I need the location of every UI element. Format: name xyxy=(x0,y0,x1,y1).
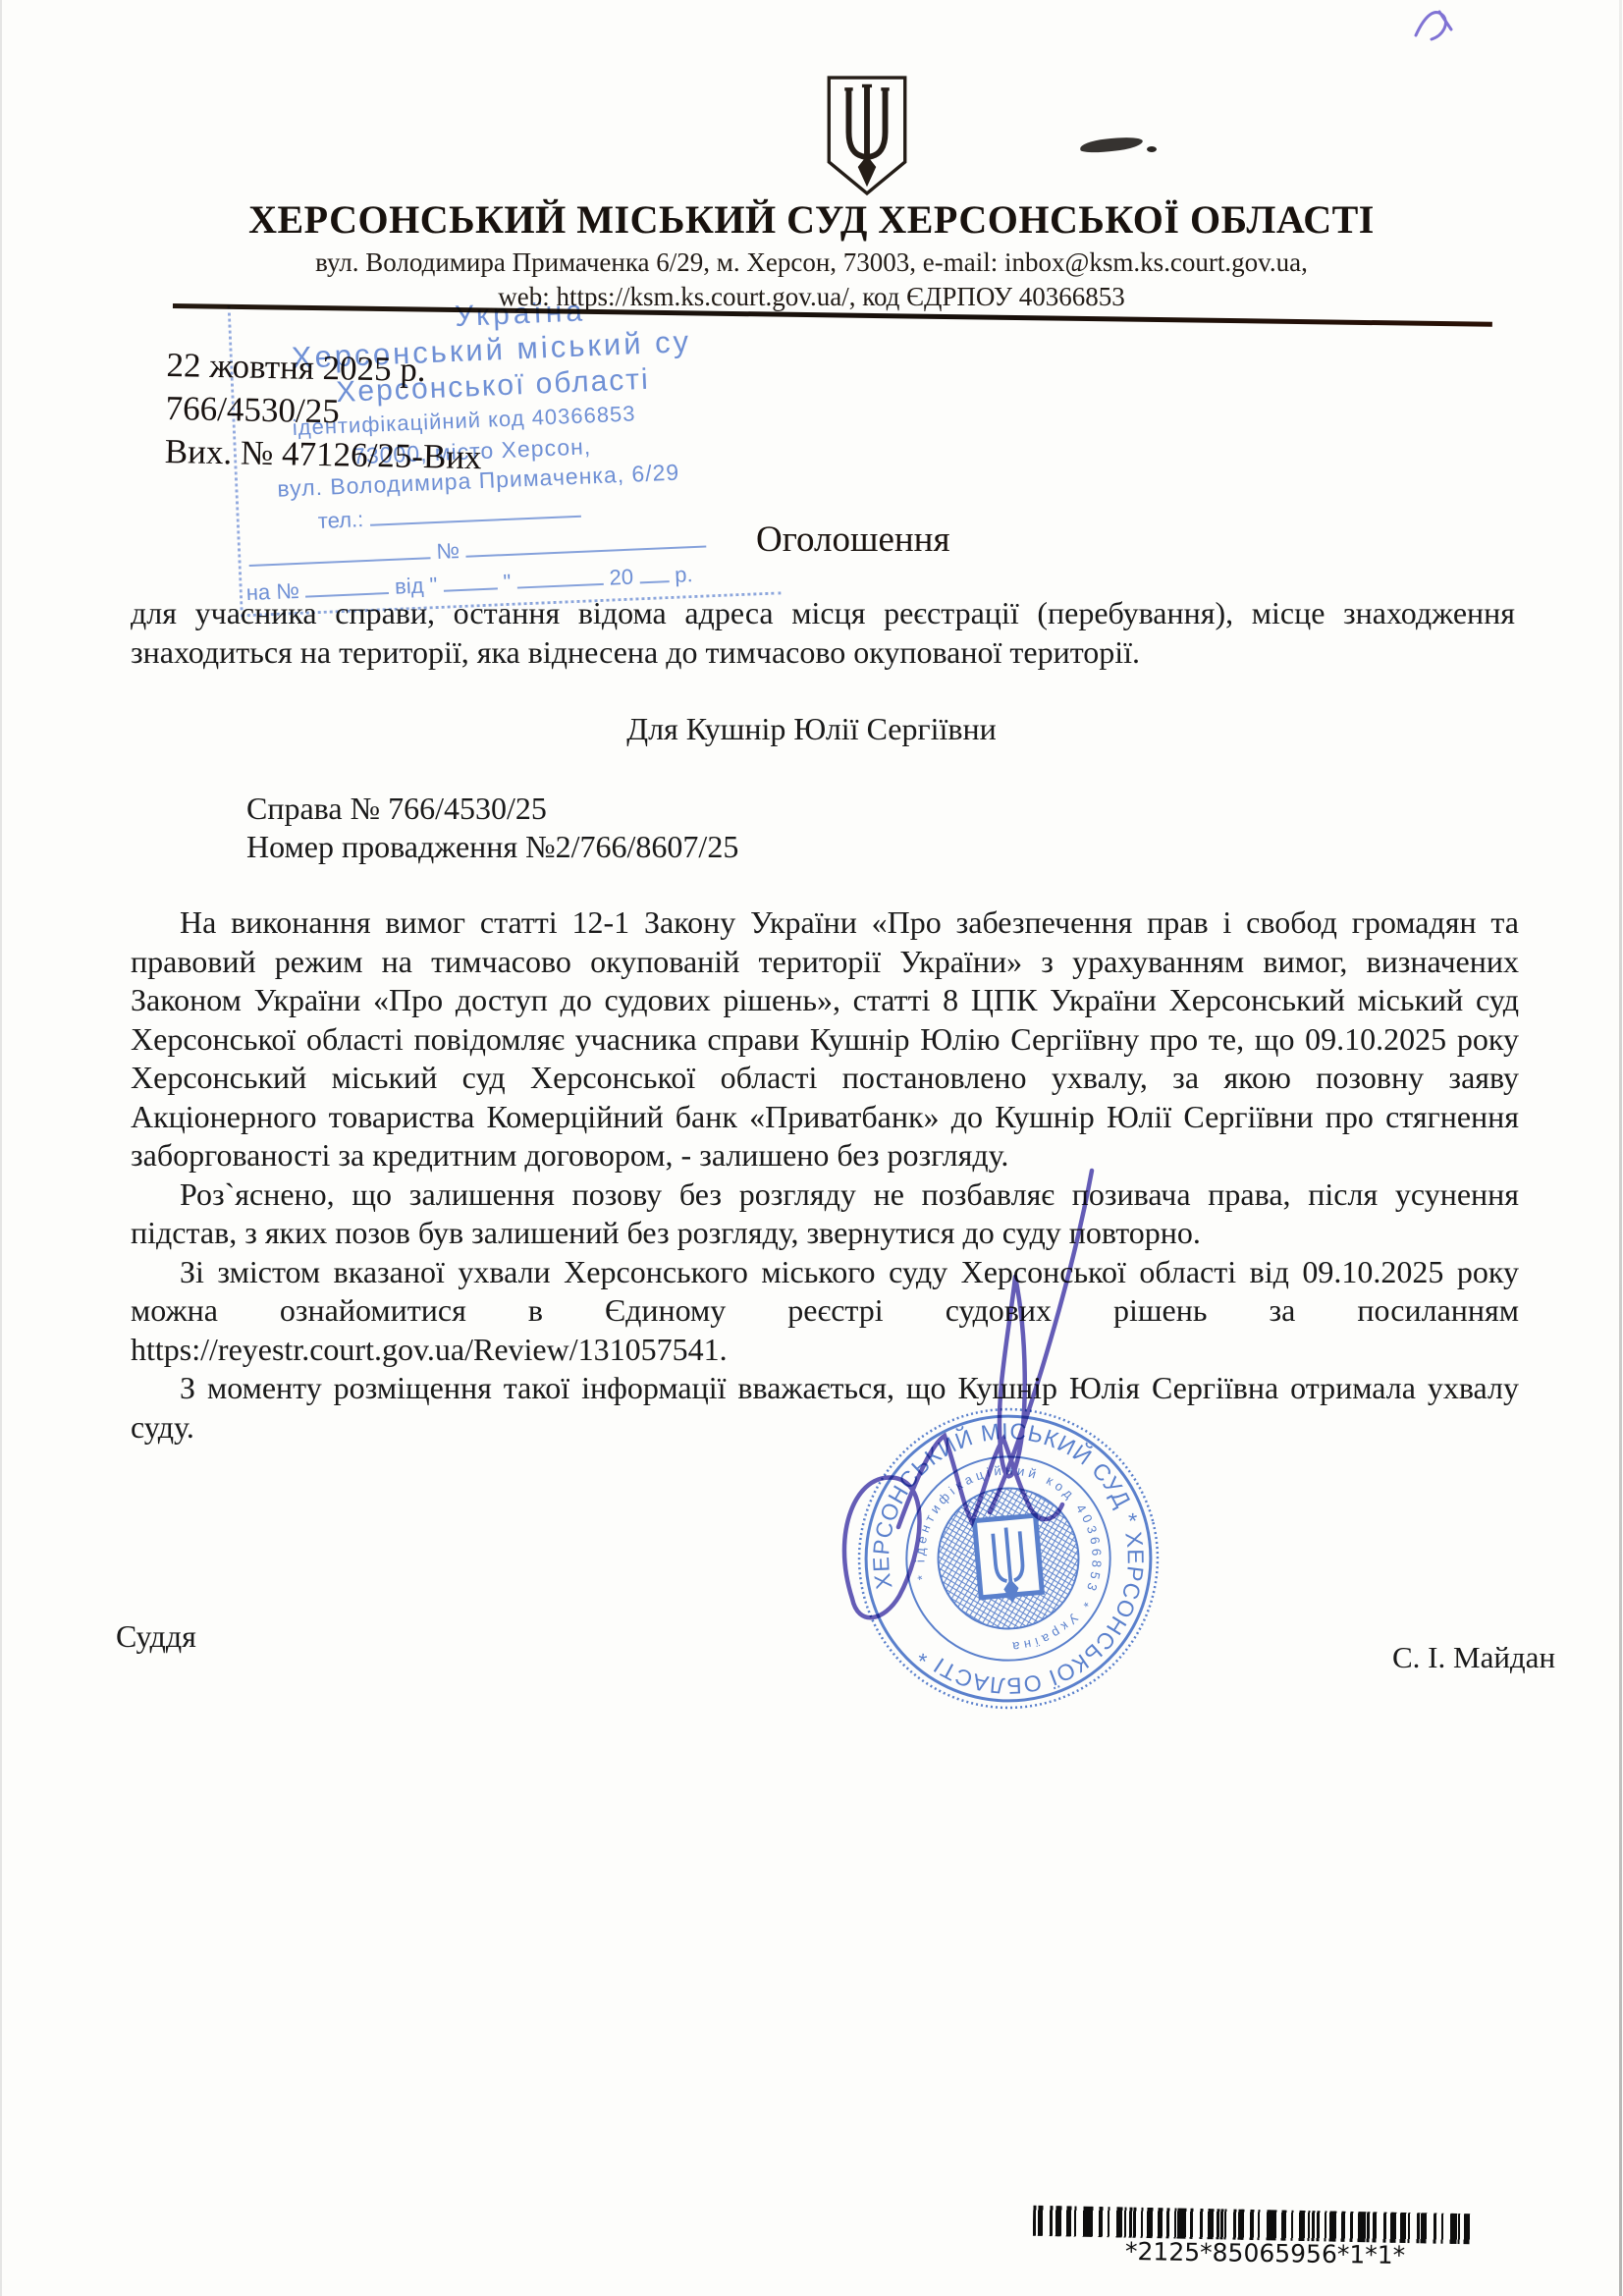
stamp-blank-line xyxy=(304,573,389,598)
announcement-title: Оголошення xyxy=(756,519,949,561)
scanned-court-document: ХЕРСОНСЬКИЙ МІСЬКИЙ СУД ХЕРСОНСЬКОЇ ОБЛА… xyxy=(0,0,1623,2296)
judge-name: С. І. Майдан xyxy=(1392,1640,1555,1675)
stamp-blank-line xyxy=(464,525,706,557)
case-block: Справа № 766/4530/25 Номер провадження №… xyxy=(246,790,738,866)
barcode-label: *2125*85065956*1*1* xyxy=(1125,2237,1406,2269)
stamp-blank-line xyxy=(369,496,581,526)
court-name: ХЕРСОНСЬКИЙ МІСЬКИЙ СУД ХЕРСОНСЬКОЇ ОБЛА… xyxy=(0,196,1623,243)
scan-edge-right xyxy=(1619,0,1622,2296)
stamp-tel-row: тел.: xyxy=(317,496,580,534)
court-address-line1: вул. Володимира Примаченка 6/29, м. Херс… xyxy=(0,247,1623,278)
scan-smudge xyxy=(1079,136,1143,155)
stamp-street: вул. Володимира Примаченка, 6/29 xyxy=(277,460,680,503)
stamp-blank-line xyxy=(443,568,498,591)
trident-emblem-icon xyxy=(818,73,916,198)
stamp-vid-label: від " xyxy=(395,573,438,599)
stamp-r-label: р. xyxy=(675,562,693,587)
pen-mark-top-right xyxy=(1412,4,1457,49)
judge-label: Суддя xyxy=(116,1618,196,1655)
stamp-na-no-label: на № xyxy=(245,578,299,605)
body-paragraph-1: На виконання вимог статті 12-1 Закону Ук… xyxy=(131,903,1519,1175)
stamp-year-label: 20 xyxy=(609,565,634,590)
stamp-blank-line xyxy=(516,564,604,589)
stamp-blank-line xyxy=(248,537,431,567)
scan-edge-left xyxy=(0,0,2,2296)
addressee-line: Для Кушнір Юлії Сергіївни xyxy=(0,711,1623,747)
registration-stamp: Україна Херсонський міський су Херсонськ… xyxy=(228,284,782,618)
stamp-country: Україна xyxy=(455,295,587,334)
stamp-tel-label: тел.: xyxy=(317,507,363,533)
stamp-blank-line xyxy=(639,561,670,583)
case-line: Справа № 766/4530/25 xyxy=(246,790,738,828)
stamp-quote: " xyxy=(503,570,512,594)
signature-ink xyxy=(825,1159,1149,1679)
stamp-no-label: № xyxy=(436,538,460,564)
proceeding-line: Номер провадження №2/766/8607/25 xyxy=(246,828,738,866)
scan-smudge xyxy=(1147,146,1157,152)
